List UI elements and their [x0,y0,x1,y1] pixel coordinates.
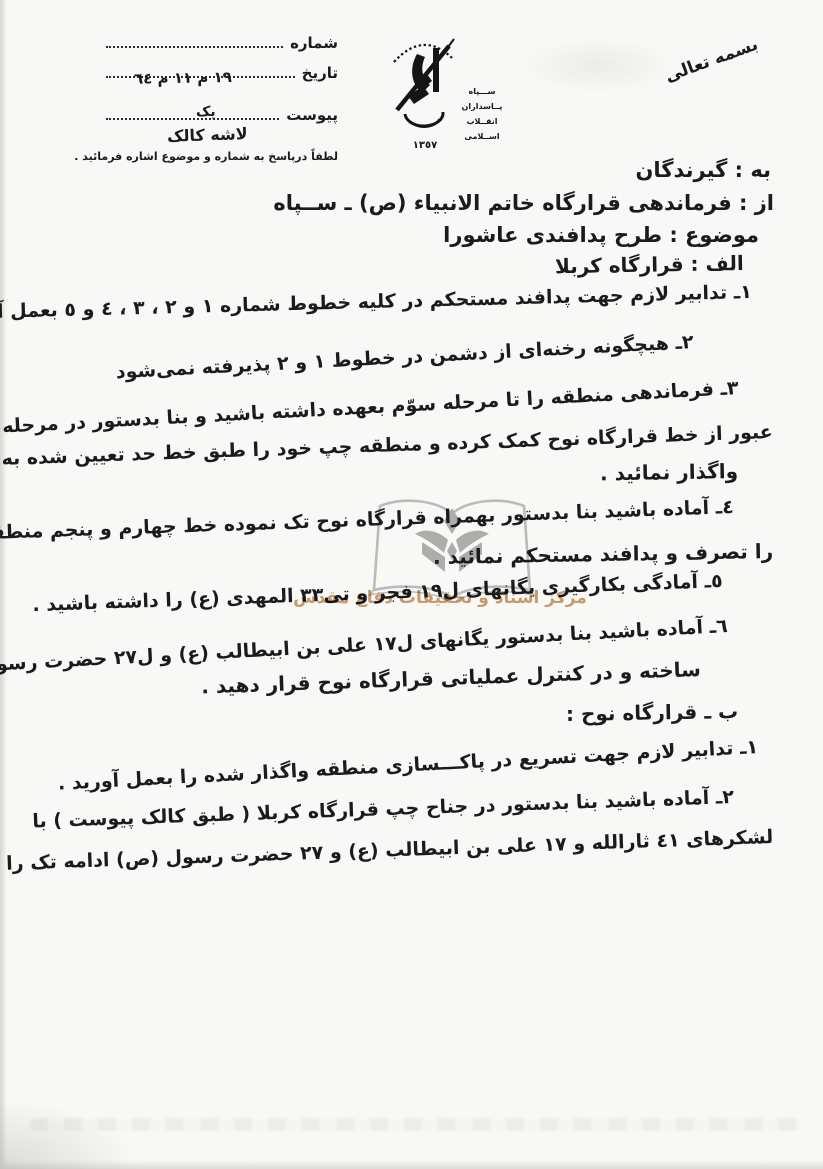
number-label: شماره [290,34,338,52]
attachment-note-handwritten: لاشه کالک [167,124,248,146]
form-number-row: شماره [106,34,338,52]
letter-to-line: به : گیرندگان [635,158,771,182]
section-b-heading: ب ـ قرارگاه نوح : [566,699,739,726]
section-a-item-4-line-2: را تصرف و پدافند مستحکم نمائید . [433,539,773,569]
form-date-row: تاریخ ١٩ م ١١ م ٦٤ [106,64,338,82]
date-value-handwritten: ١٩ م ١١ م ٦٤ [134,68,232,88]
bismillah-handwritten: بسمه تعالی [662,35,760,87]
scan-edge-left [0,0,7,1169]
section-a-item-2: ٢ـ هیچگونه رخنه‌ای از دشمن در خطوط ١ و ٢… [115,331,694,383]
scanned-letter-page: بسمه تعالی شماره تاریخ ١٩ م ١١ م ٦٤ پیوس… [0,0,823,1169]
scan-corner-shadow [0,1099,140,1169]
watermark-text: مرکز اسناد و تحقیقات دفاع مقدس [240,588,640,608]
section-a-item-1: ١ـ تدابیر لازم جهت پدافند مستحکم در کلیه… [0,281,752,324]
section-a-heading: الف : قرارگاه کربلا [555,251,744,278]
irgc-org-line: اســلامی [456,129,508,144]
attachment-label: پیوست [286,106,338,124]
attachment-value-handwritten: یک [196,104,216,120]
irgc-emblem-icon [387,26,459,138]
letterhead-logo: ســـپاه پــاسداران انقــلاب اســلامی ١٣٥… [385,24,550,164]
letter-subject-line: موضوع : طرح پدافندی عاشورا [443,223,759,247]
scan-streak-artifact [30,1118,800,1131]
number-dotted-line [106,34,283,48]
section-b-item-2-line-2: لشکرهای ٤١ ثارالله و ١٧ علی بن ابیطالب (… [0,826,773,880]
form-attachment-row: پیوست یک [106,106,338,124]
irgc-org-name: ســـپاه پــاسداران انقــلاب اســلامی [456,84,508,144]
letter-from-line: از : فرماندهی قرارگاه خاتم الانبیاء (ص) … [273,191,774,215]
irgc-founding-year: ١٣٥٧ [401,140,449,151]
section-b-item-1: ١ـ تدابیر لازم جهت تسریع در پاکـــسازی م… [57,736,758,795]
attachment-dotted-line [106,106,279,120]
irgc-org-line: پــاسداران [456,99,508,114]
section-a-item-3-line-3: واگذار نمائید . [600,459,738,485]
section-a-item-6-line-2: ساخته و در کنترل عملیاتی قرارگاه نوح قرا… [201,657,701,698]
irgc-org-line: انقــلاب [456,114,508,129]
section-b-item-2-line-1: ٢ـ آماده باشید بنا بدستور در جناح چپ قرا… [32,786,734,832]
irgc-org-line: ســـپاه [456,84,508,99]
date-label: تاریخ [302,64,338,82]
reply-reference-note: لطفاً درپاسخ به شماره و موضوع اشاره فرما… [110,150,338,163]
